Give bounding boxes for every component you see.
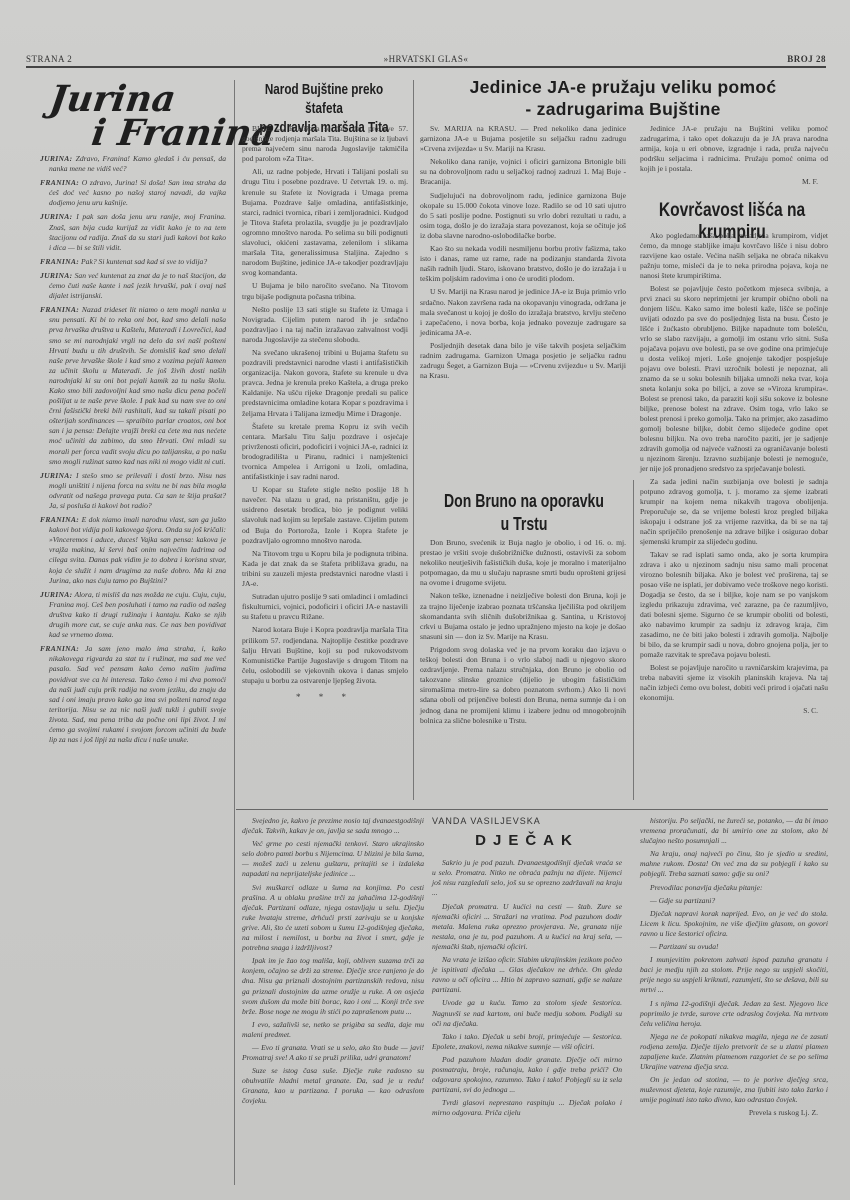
section-separator: * * * bbox=[242, 692, 408, 702]
dialog-line: JURINA: San već kuntenat za znat da je t… bbox=[40, 271, 226, 301]
dialog-line: FRANINA: O zdravo, Jurina! Si doša! San … bbox=[40, 178, 226, 208]
dialog-line: FRANINA: Ja sam jeno malo ima straha, i,… bbox=[40, 644, 226, 745]
speaker: FRANINA: bbox=[40, 305, 79, 314]
speaker: JURINA: bbox=[40, 271, 72, 280]
column-divider bbox=[413, 80, 414, 800]
section-rule bbox=[236, 809, 828, 810]
dialog-line: JURINA: Zdravo, Franina! Kamo gledaš i ć… bbox=[40, 154, 226, 174]
djecak-story: VANDA VASILJEVSKA DJEČAK Sakrio ju je po… bbox=[432, 816, 622, 1121]
signature: M. F. bbox=[640, 177, 828, 187]
ja-body-left: Sv. MARIJA na KRASU. — Pred nekoliko dan… bbox=[420, 124, 626, 384]
headline-line: Narod Bujštine preko štafeta bbox=[258, 80, 389, 118]
author-byline: VANDA VASILJEVSKA bbox=[432, 816, 622, 826]
jurina-dialog: JURINA: Zdravo, Franina! Kamo gledaš i ć… bbox=[40, 154, 226, 749]
story-title: DJEČAK bbox=[432, 836, 622, 846]
dialog-line: JURINA: Alora, ti misliš da nas možda ne… bbox=[40, 590, 226, 640]
speaker: JURINA: bbox=[40, 154, 72, 163]
column-divider bbox=[633, 480, 634, 800]
column-divider bbox=[234, 80, 235, 1185]
stafeta-body: BUJE. — Približava se dan, dan proslave … bbox=[242, 124, 408, 702]
speaker: FRANINA: bbox=[40, 257, 79, 266]
ja-headline: Jedinice JA-e pružaju veliku pomoć - zad… bbox=[418, 76, 828, 120]
dialog-line: FRANINA: E dok niamo imali narodnu vlast… bbox=[40, 515, 226, 586]
headline-line: Jedinice JA-e pružaju veliku pomoć bbox=[418, 76, 828, 98]
newspaper-title: »HRVATSKI GLAS« bbox=[26, 54, 826, 64]
ja-body-right: Jedinice JA-e pružaju na Bujštini veliku… bbox=[640, 124, 828, 192]
dialog-line: FRANINA: Nazad trideset lit niamo o tem … bbox=[40, 305, 226, 467]
dialog-line: JURINA: I stešo smo se prilevali i dosti… bbox=[40, 471, 226, 511]
masthead-rule bbox=[26, 66, 826, 68]
headline-line: Don Bruno na oporavku bbox=[441, 490, 606, 513]
signature: S. C. bbox=[640, 706, 828, 716]
speaker: JURINA: bbox=[40, 590, 72, 599]
issue-number: BROJ 28 bbox=[787, 54, 826, 64]
speaker: FRANINA: bbox=[40, 178, 79, 187]
donbruno-headline: Don Bruno na oporavku u Trstu bbox=[441, 490, 606, 536]
speaker: FRANINA: bbox=[40, 644, 79, 653]
headline-line: u Trstu bbox=[441, 513, 606, 536]
translator-credit: Prevela s ruskog Lj. Z. bbox=[640, 1108, 828, 1118]
krumpir-body: Ako pogledamo naša polja, zasadjena krum… bbox=[640, 231, 828, 720]
dialog-line: JURINA: I pak san doša jenu uru ranije, … bbox=[40, 212, 226, 252]
speaker: JURINA: bbox=[40, 212, 72, 221]
djecak-intro: Svejedno je, kakvo je prezime nosio taj … bbox=[242, 816, 424, 1110]
djecak-story-continued: historiju. Po seljački, ne žureći se, po… bbox=[640, 816, 828, 1123]
speaker: JURINA: bbox=[40, 471, 72, 480]
donbruno-body: Don Bruno, svećenik iz Buja naglo je obo… bbox=[420, 538, 626, 729]
dialog-line: FRANINA: Pak? Si kuntenat sad kad si sve… bbox=[40, 257, 226, 267]
headline-line: - zadrugarima Bujštine bbox=[418, 98, 828, 120]
speaker: FRANINA: bbox=[40, 515, 79, 524]
newspaper-page: STRANA 2 »HRVATSKI GLAS« BROJ 28 Jurina … bbox=[0, 0, 850, 1200]
